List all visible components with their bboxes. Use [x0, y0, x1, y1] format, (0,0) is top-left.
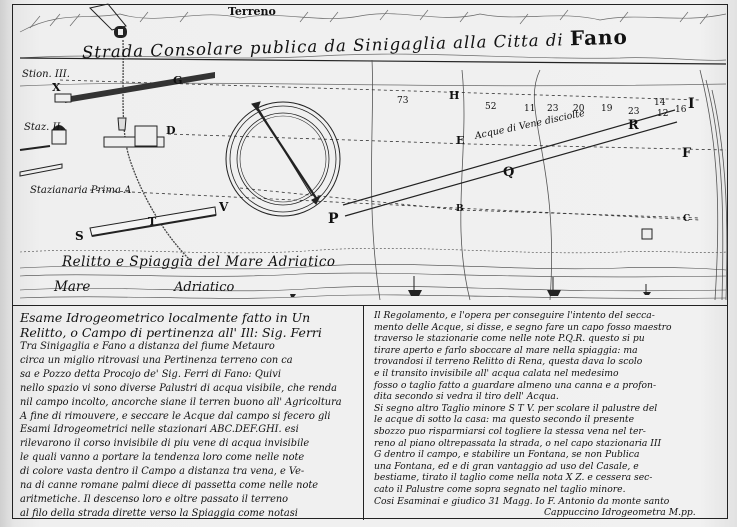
point-d: D: [166, 125, 176, 136]
point-b: B: [456, 205, 464, 214]
compass-rose-icon: [226, 102, 340, 216]
text-line: G dentro il campo, e stabilire un Fontan…: [374, 449, 722, 461]
text-line: Relitto, o Campo di pertinenza all' Ill:…: [20, 325, 357, 340]
point-x: X: [52, 82, 61, 93]
depth-19: 19: [601, 105, 612, 114]
point-r: R: [628, 119, 639, 132]
point-h: H: [449, 90, 459, 101]
farmhouse-icon: [104, 118, 164, 147]
building-icon: [642, 229, 652, 239]
depth-16: 16: [675, 106, 686, 115]
station-1-label: Stazianaria Prima A: [30, 186, 131, 196]
terrain-label: Terreno: [228, 6, 276, 17]
sea-label-mare: Mare: [54, 281, 90, 295]
depth-11: 11: [524, 105, 535, 114]
map-sheet: Terreno Strada Consolare publica da Sini…: [0, 0, 737, 527]
text-line: Esami Idrogeometrici nelle stazionari AB…: [20, 423, 357, 437]
point-g: G: [173, 75, 182, 86]
text-line: dita secondo si vedra il tiro dell' Acqu…: [374, 391, 722, 403]
sea-label-adriatico: Adriatico: [174, 281, 234, 294]
text-line: na di canne romane palmi diece di passet…: [20, 479, 357, 493]
text-line: cato il Palustre come sopra segnato nel …: [374, 484, 722, 496]
text-line: mento delle Acque, si disse, e segno far…: [374, 322, 722, 334]
point-c: C: [683, 215, 690, 224]
point-v: V: [219, 201, 228, 213]
signature-line: Cappuccino Idrogeometra M.pp.: [374, 507, 722, 519]
depth-14: 14: [654, 99, 665, 108]
text-line: A fine di rimouvere, e seccare le Acque …: [20, 410, 357, 424]
text-line: nil campo incolto, ancorche siane il ter…: [20, 396, 357, 410]
text-line: rilevarono il corso invisibile di piu ve…: [20, 437, 357, 451]
text-line: Si segno altro Taglio minore S T V. per …: [374, 403, 722, 415]
text-line: nello spazio vi sono diverse Palustri di…: [20, 382, 357, 396]
point-t: T: [148, 216, 156, 227]
depth-73: 73: [397, 97, 408, 106]
text-line: Esame Idrogeometrico localmente fatto in…: [20, 310, 357, 325]
ship-icon: [290, 276, 651, 297]
survey-description: Esame Idrogeometrico localmente fatto in…: [12, 306, 364, 520]
text-line: traverso le stazionarie come nelle note …: [374, 333, 722, 345]
point-f: F: [682, 147, 691, 160]
text-line: al filo della strada dirette verso la Sp…: [20, 507, 357, 520]
text-line: aritmetiche. Il descenso loro e oltre pa…: [20, 493, 357, 507]
point-e: E: [456, 135, 464, 146]
text-line: trovandosi il terreno Relitto di Rena, q…: [374, 356, 722, 368]
depth-23b: 23: [628, 108, 639, 117]
text-line: e il transito invisibile all' acqua cala…: [374, 368, 722, 380]
point-q: Q: [503, 166, 514, 179]
text-line: circa un miglio ritrovasi una Pertinenza…: [20, 354, 357, 368]
city-name: Fano: [570, 25, 629, 51]
text-line: tirare aperto e farlo sboccare al mare n…: [374, 345, 722, 357]
survey-lines: [60, 80, 726, 220]
text-line: Tra Sinigaglia e Fano a distanza del fiu…: [20, 340, 357, 354]
depth-12: 12: [657, 110, 668, 119]
text-line: Il Regolamento, e l'opera per conseguire…: [374, 310, 722, 322]
text-line: le quali vanno a portare la tendenza lor…: [20, 451, 357, 465]
description-panel: Esame Idrogeometrico localmente fatto in…: [12, 305, 728, 520]
streams: [371, 60, 726, 300]
text-line: di colore vasta dentro il Campo a distan…: [20, 465, 357, 479]
text-line: sbozzo puo risparmiarsi col togliere la …: [374, 426, 722, 438]
text-line: bestiame, tirato il taglio come nella no…: [374, 472, 722, 484]
depth-52: 52: [485, 103, 496, 112]
station-2-label: Staz. II.: [24, 123, 64, 133]
text-line: le acque di sotto la casa: ma questo sec…: [374, 414, 722, 426]
point-s: S: [75, 230, 84, 242]
point-p: P: [328, 212, 339, 226]
tower-icon: [90, 4, 127, 38]
point-i: I: [688, 97, 695, 111]
station-3-label: Stion. III.: [22, 70, 70, 80]
regulation-description: Il Regolamento, e l'opera per conseguire…: [366, 306, 728, 520]
text-line: Cosi Esaminai e giudico 31 Magg. Io F. A…: [374, 496, 722, 508]
text-line: una Fontana, ed e di gran vantaggio ad u…: [374, 461, 722, 473]
text-line: sa e Pozzo detta Procojo de' Sig. Ferri …: [20, 368, 357, 382]
text-line: fosso o taglio fatto a guardare almeno u…: [374, 380, 722, 392]
beach-label: Relitto e Spiaggia del Mare Adriatico: [62, 256, 336, 270]
text-line: reno al piano oltrepassata la strada, o …: [374, 438, 722, 450]
